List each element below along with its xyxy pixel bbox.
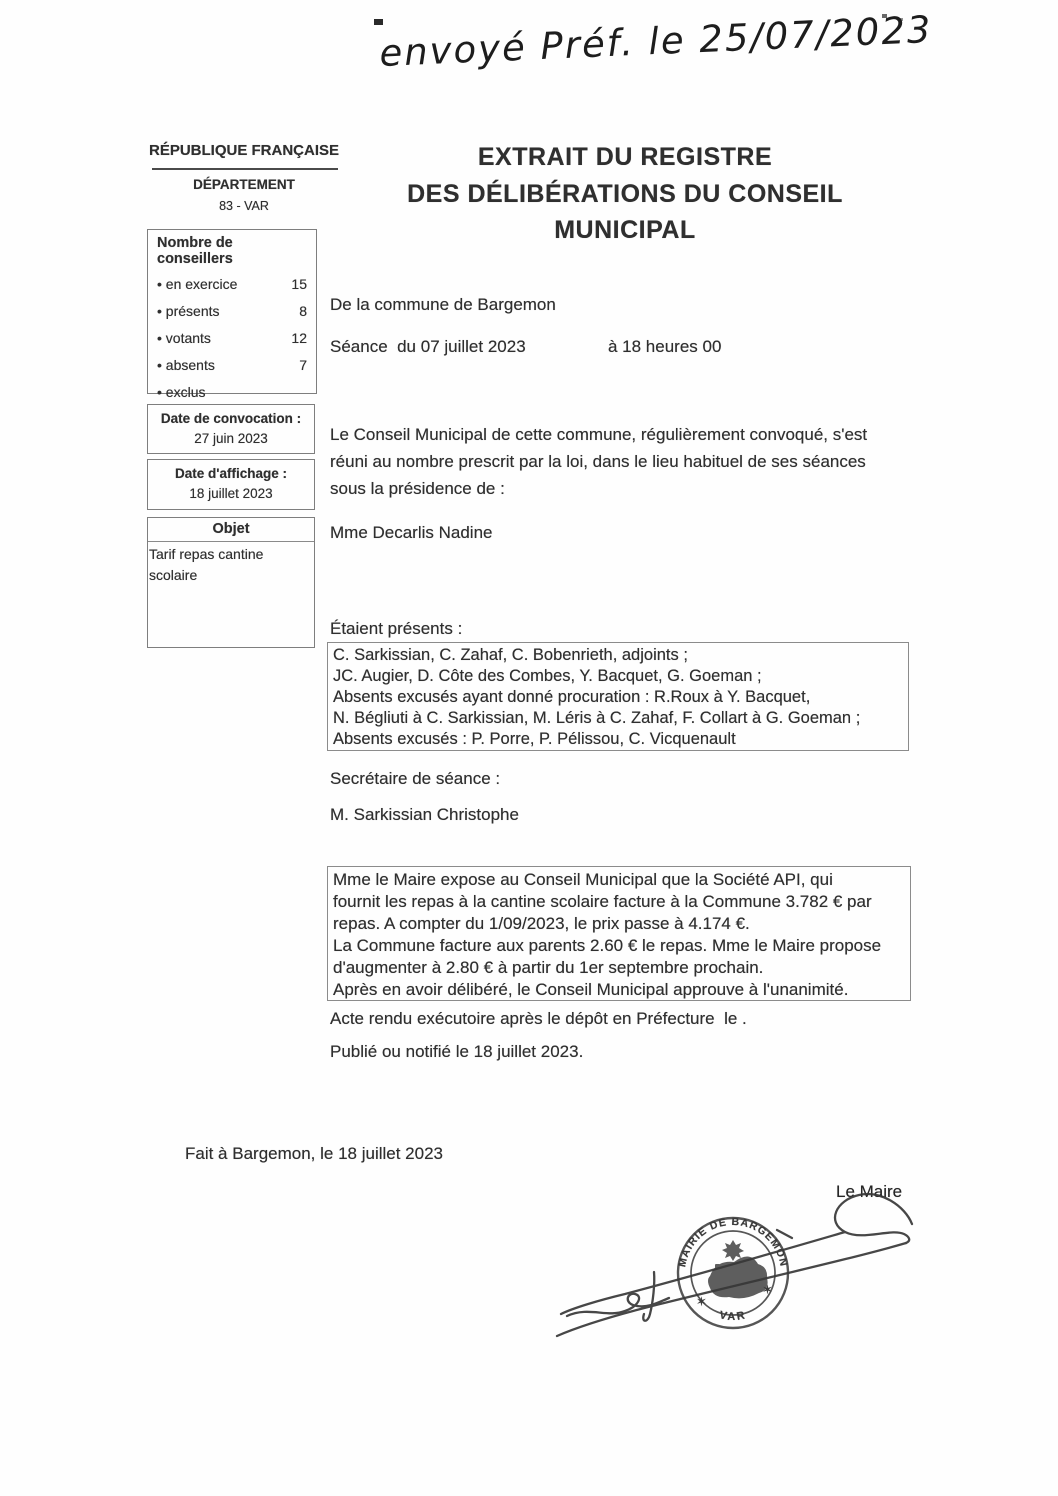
convened-line: Le Conseil Municipal de cette commune, r… <box>330 421 940 448</box>
convocation-date: 27 juin 2023 <box>148 429 314 449</box>
counselor-row-exclus: exclus <box>157 379 307 406</box>
scan-speck <box>374 19 383 25</box>
deliberation-line: Après en avoir délibéré, le Conseil Muni… <box>333 979 905 1001</box>
display-date-box: Date d'affichage : 18 juillet 2023 <box>147 459 315 510</box>
secretary-label: Secrétaire de séance : <box>330 769 500 789</box>
counselor-value: 7 <box>299 352 307 379</box>
counselors-box-title: Nombre de conseillers <box>157 235 307 267</box>
counselor-row-en-exercice: en exercice 15 <box>157 271 307 298</box>
handwritten-prefecture-note: envoyé Préf. le 25/07/2023 <box>378 12 841 112</box>
place-date-line: Fait à Bargemon, le 18 juillet 2023 <box>185 1144 443 1164</box>
deliberation-text-box: Mme le Maire expose au Conseil Municipal… <box>327 866 911 1001</box>
deliberation-line: Mme le Maire expose au Conseil Municipal… <box>333 869 905 891</box>
object-box: Objet Tarif repas cantine scolaire <box>147 517 315 648</box>
present-line: Absents excusés ayant donné procuration … <box>333 687 903 708</box>
president-name: Mme Decarlis Nadine <box>330 523 493 543</box>
stamp-bottom-text: VAR <box>718 1309 747 1323</box>
object-label: Objet <box>148 518 314 542</box>
session-line: Séance du 07 juillet 2023 à 18 heures 00 <box>330 337 890 357</box>
title-line-1: EXTRAIT DU REGISTRE <box>400 139 850 176</box>
title-line-3: MUNICIPAL <box>400 212 850 249</box>
object-value: Tarif repas cantine scolaire <box>148 542 314 586</box>
republic-heading: RÉPUBLIQUE FRANÇAISE <box>146 142 342 159</box>
counselor-row-absents: absents 7 <box>157 352 307 379</box>
republic-underline <box>152 168 338 170</box>
municipal-stamp-and-signature: MAIRIE DE BARGEMON VAR ✶ ✶ <box>555 1178 930 1353</box>
scanned-deliberation-document: envoyé Préf. le 25/07/2023 RÉPUBLIQUE FR… <box>0 0 1058 1496</box>
present-line: N. Bégliuti à C. Sarkissian, M. Léris à … <box>333 708 903 729</box>
deliberation-line: La Commune facture aux parents 2.60 € le… <box>333 935 905 957</box>
deliberation-line: fournit les repas à la cantine scolaire … <box>333 891 905 913</box>
deliberation-line: repas. A compter du 1/09/2023, le prix p… <box>333 913 905 935</box>
commune-line: De la commune de Bargemon <box>330 295 556 315</box>
present-label: Étaient présents : <box>330 619 462 639</box>
deliberation-line: d'augmenter à 2.80 € à partir du 1er sep… <box>333 957 905 979</box>
display-label: Date d'affichage : <box>148 464 314 484</box>
department-number: 83 - VAR <box>146 199 342 213</box>
convened-paragraph: Le Conseil Municipal de cette commune, r… <box>330 421 940 502</box>
session-time: à 18 heures 00 <box>608 337 721 357</box>
secretary-name: M. Sarkissian Christophe <box>330 805 519 825</box>
stamp-star-icon: ✶ <box>696 1294 707 1309</box>
present-line: C. Sarkissian, C. Zahaf, C. Bobenrieth, … <box>333 645 903 666</box>
session-date: Séance du 07 juillet 2023 <box>330 337 526 356</box>
executory-line: Acte rendu exécutoire après le dépôt en … <box>330 1009 747 1029</box>
convocation-date-box: Date de convocation : 27 juin 2023 <box>147 404 315 454</box>
counselor-row-presents: présents 8 <box>157 298 307 325</box>
department-label: DÉPARTEMENT <box>146 177 342 192</box>
convened-line: sous la présidence de : <box>330 475 940 502</box>
present-members-box: C. Sarkissian, C. Zahaf, C. Bobenrieth, … <box>327 642 909 751</box>
display-date: 18 juillet 2023 <box>148 484 314 504</box>
published-line: Publié ou notifié le 18 juillet 2023. <box>330 1042 583 1062</box>
present-line: JC. Augier, D. Côte des Combes, Y. Bacqu… <box>333 666 903 687</box>
counselor-value: 8 <box>299 298 307 325</box>
convocation-label: Date de convocation : <box>148 409 314 429</box>
present-line: Absents excusés : P. Porre, P. Pélissou,… <box>333 729 903 750</box>
document-title: EXTRAIT DU REGISTRE DES DÉLIBÉRATIONS DU… <box>400 139 850 249</box>
counselor-value: 15 <box>291 271 307 298</box>
counselors-count-box: Nombre de conseillers en exercice 15 pré… <box>147 229 317 394</box>
counselor-value: 12 <box>291 325 307 352</box>
title-line-2: DES DÉLIBÉRATIONS DU CONSEIL <box>400 176 850 213</box>
counselor-row-votants: votants 12 <box>157 325 307 352</box>
convened-line: réuni au nombre prescrit par la loi, dan… <box>330 448 940 475</box>
